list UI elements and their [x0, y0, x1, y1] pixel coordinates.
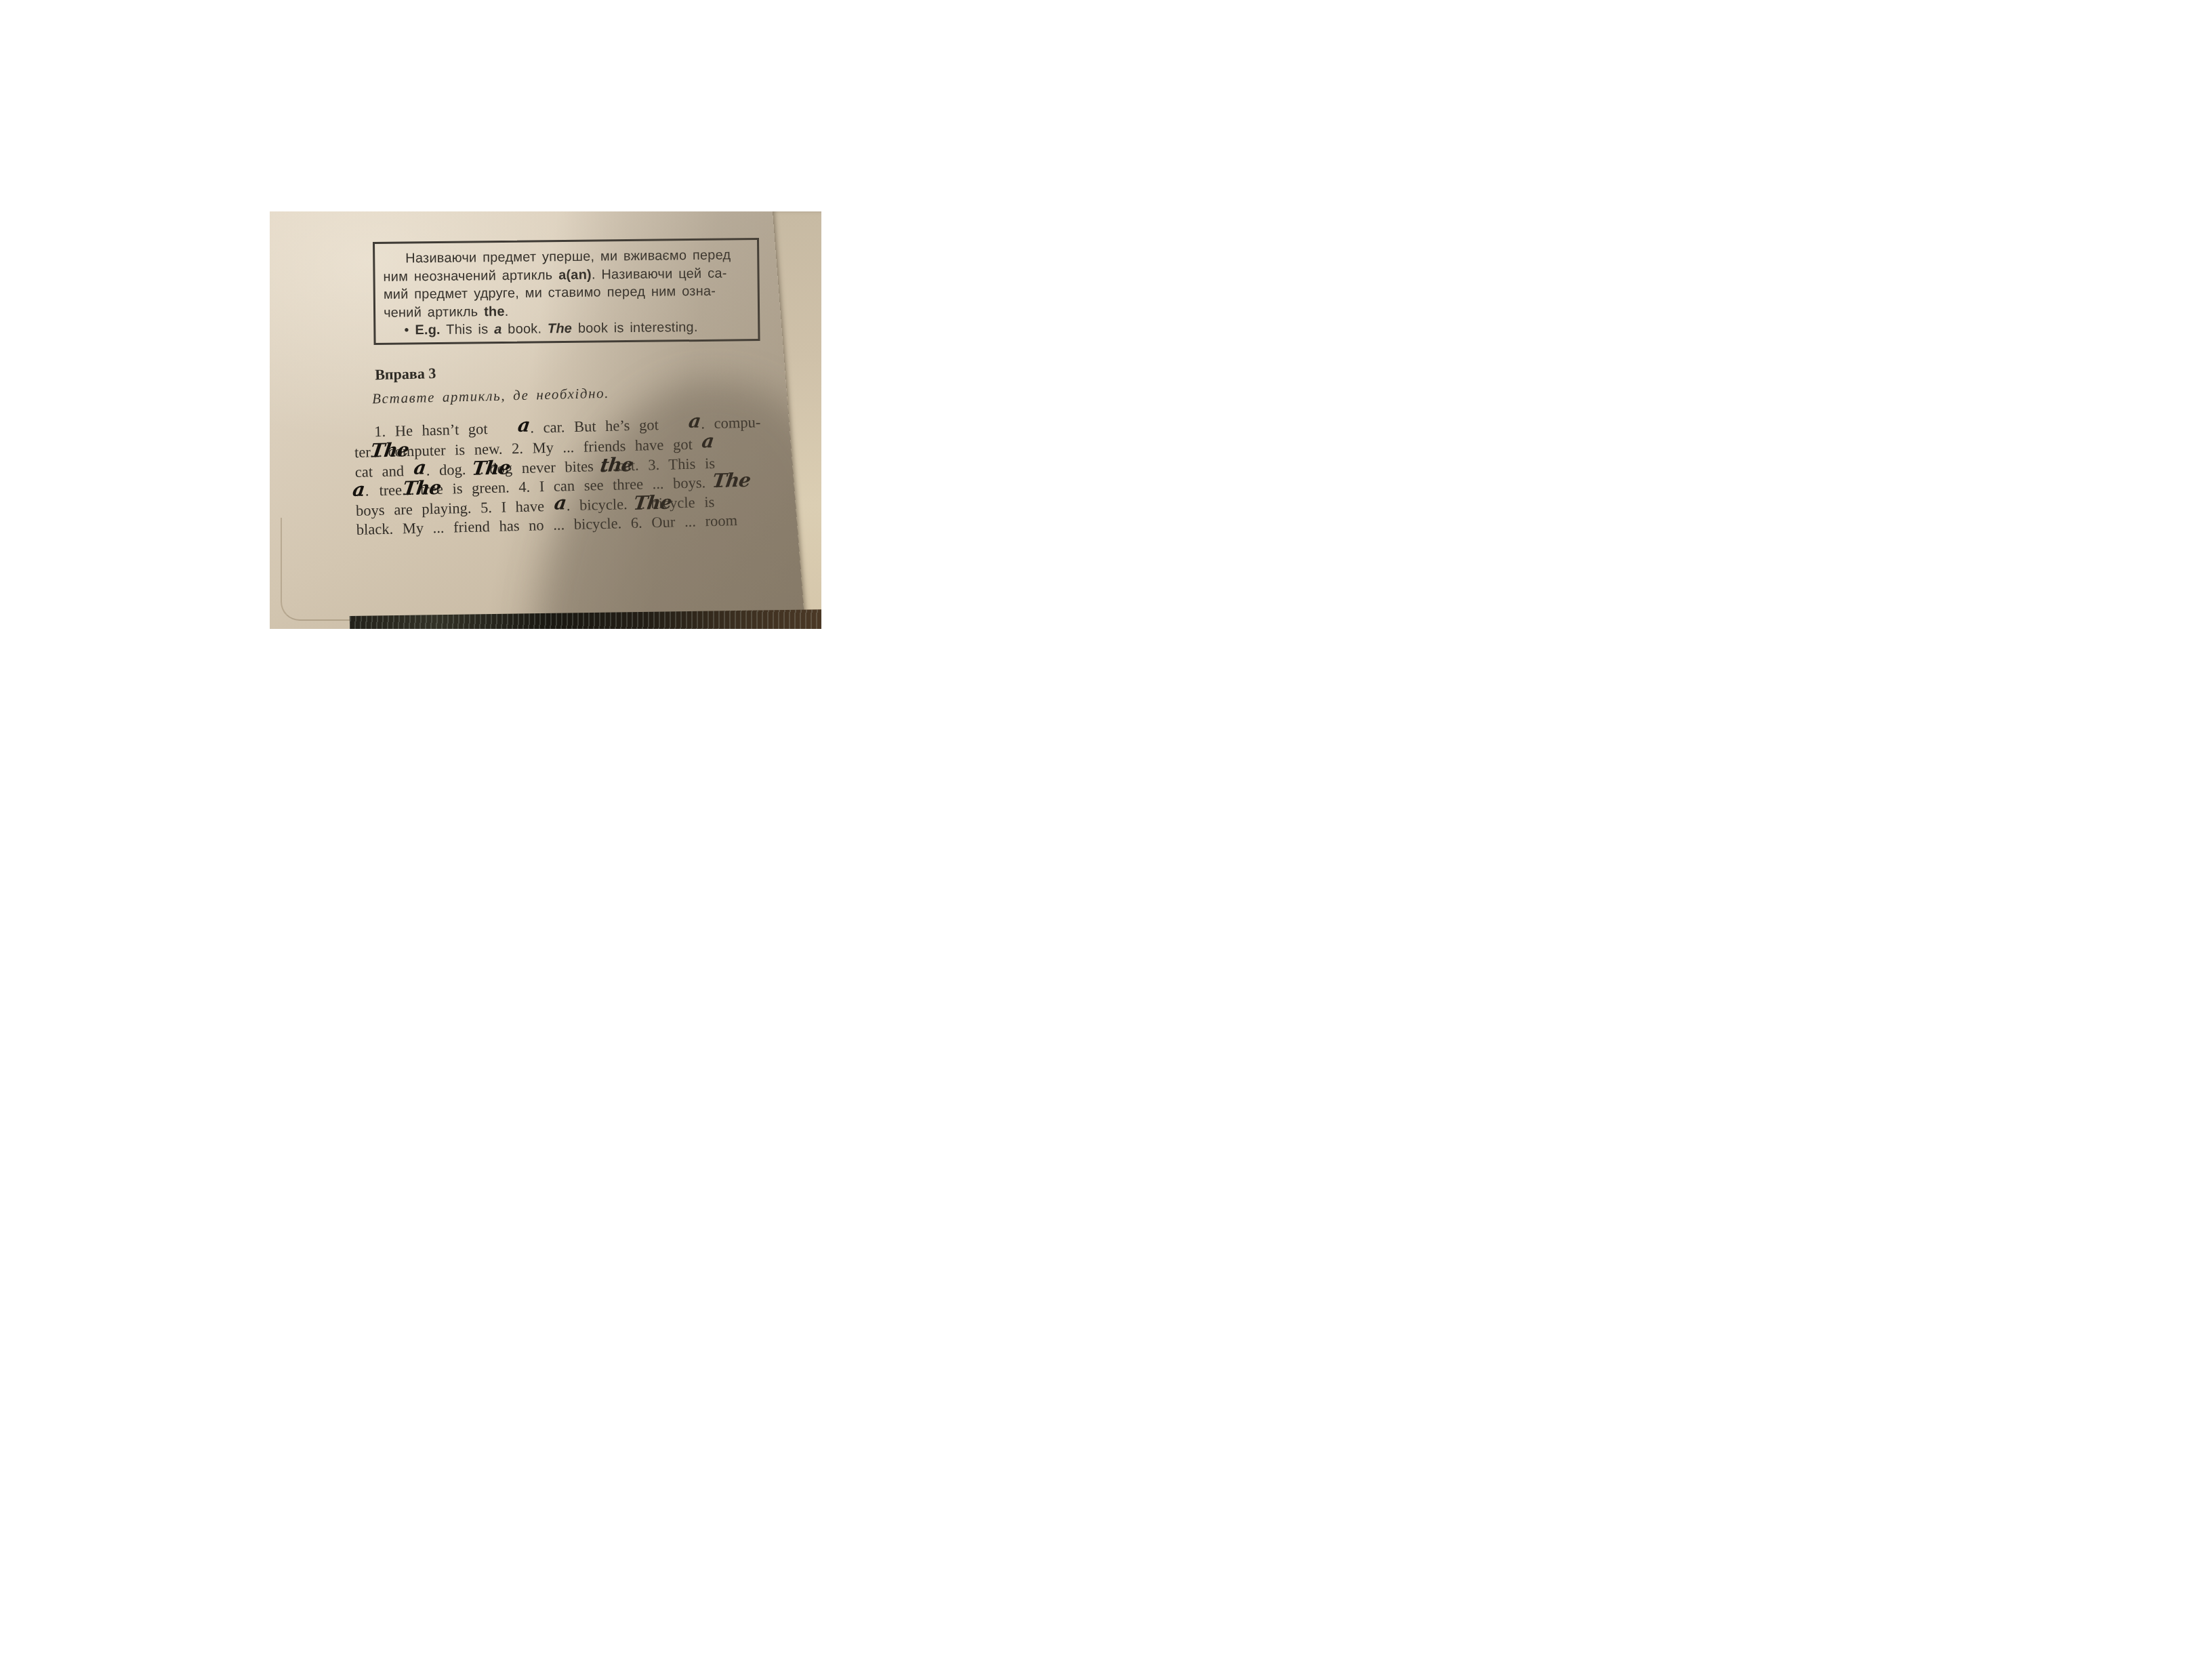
handwritten-answer-over-dots: ...The [715, 472, 730, 491]
printed-text: The [548, 321, 572, 336]
printed-text: ним неозначений артикль [383, 268, 558, 285]
printed-text: a [494, 322, 502, 337]
handwritten-answer-over-dots: ...The [405, 480, 420, 499]
handwritten-answer: a [553, 493, 567, 512]
printed-text: E.g. [415, 323, 441, 337]
handwritten-answer: a [667, 411, 701, 431]
handwritten-answer: The [471, 458, 512, 478]
printed-text: чений артикль [384, 304, 484, 321]
handwritten-answer: The [402, 478, 443, 498]
exercise-paragraph: 1. He hasn’t got a. car. But he’s got a.… [354, 411, 811, 539]
printed-text: 1. He hasn’t got [374, 420, 497, 440]
printed-text: . [505, 304, 509, 319]
printed-text: • [404, 323, 415, 337]
textbook-page-photo: Називаючи предмет уперше, ми вживаємо пе… [270, 211, 821, 629]
handwritten-answer-over-dots: ...The [373, 442, 388, 461]
printed-text: book. [501, 321, 548, 337]
handwritten-answer: a [413, 458, 427, 477]
handwritten-answer-over-dots: ...The [475, 459, 490, 478]
grammar-rule-box: Називаючи предмет уперше, ми вживаємо пе… [373, 238, 760, 345]
photo-canvas: Називаючи предмет уперше, ми вживаємо пе… [0, 0, 2212, 1659]
handwritten-answer: The [632, 493, 673, 512]
exercise-instruction: Вставте артикль, де необхідно. [372, 380, 807, 407]
handwritten-answer: The [711, 471, 752, 491]
handwritten-answer: The [369, 441, 410, 460]
printed-text: book is interesting. [572, 320, 698, 336]
printed-text: мий предмет удруге, ми ставимо перед ним… [384, 284, 716, 302]
handwritten-answer-over-dots: ...a [355, 481, 370, 500]
handwritten-answer: the [599, 455, 634, 474]
printed-text: Називаючи предмет уперше, ми вживаємо пе… [405, 247, 731, 266]
exercise-block: Вправа 3 Вставте артикль, де необхідно. … [352, 356, 811, 539]
handwritten-answer: a [496, 416, 531, 436]
handwritten-answer-over-dots: ...the [602, 456, 617, 475]
rule-line: мий предмет удруге, ми ставимо перед ним… [384, 282, 750, 304]
printed-text: . bicycle. [567, 495, 637, 514]
rule-example-line: • E.g. This is a book. The book is inter… [384, 318, 750, 340]
printed-text: This is [441, 322, 495, 337]
printed-text: the [484, 304, 505, 319]
handwritten-answer: a [701, 431, 715, 450]
handwritten-answer-over-dots: ...The [636, 494, 651, 513]
printed-text: tree. [370, 481, 407, 499]
printed-text: . Називаючи цей са- [592, 266, 727, 282]
printed-text: . car. But he’s got [530, 416, 668, 436]
printed-text: a(an) [558, 267, 592, 283]
